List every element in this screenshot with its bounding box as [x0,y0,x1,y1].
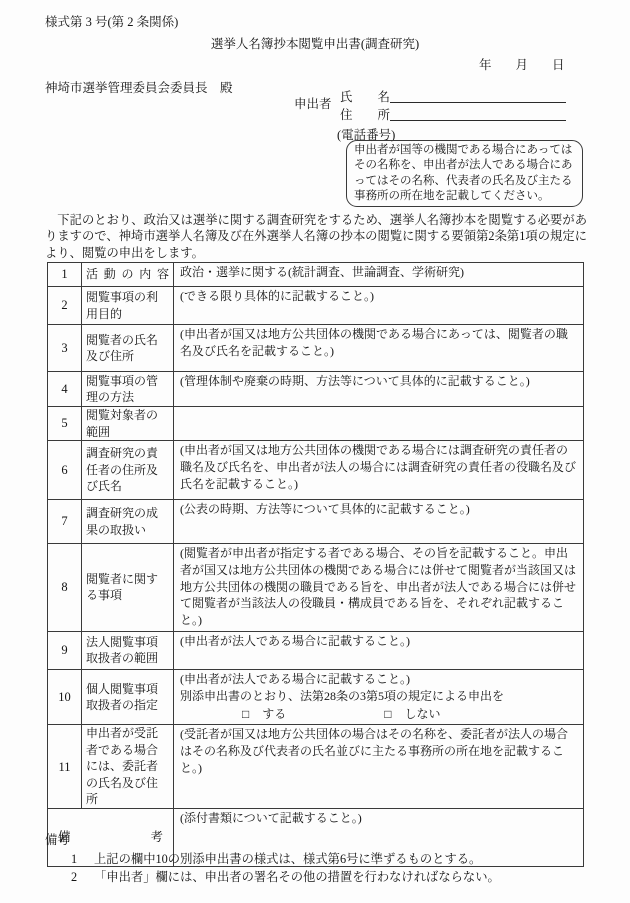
checkbox-suru-label: する [262,706,286,723]
form-number: 様式第 3 号(第 2 条関係) [45,14,178,30]
row-label: 調査研究の責任者の住所及び氏名 [82,441,174,500]
row-number: 5 [48,407,82,441]
row-content: (申出者が法人である場合に記載すること。) 別添申出書のとおり、法第28条の3第… [174,669,584,724]
row-content: (申出者が国又は地方公共団体の機関である場合には調査研究の責任者の職名及び氏名を… [174,441,584,500]
row-label: 調査研究の成果の取扱い [82,500,174,544]
row-content: (管理体制や廃棄の時期、方法等について具体的に記載すること。) [174,372,584,407]
row-content-note: (申出者が法人である場合に記載すること。) [180,671,577,688]
row-label: 閲覧者に関する事項 [82,544,174,632]
row-content: (閲覧者が申出者が指定する者である場合、その旨を記載すること。申出者が国又は地方… [174,544,584,632]
footnotes: 備考 1 上記の欄中10の別添申出書の様式は、様式第6号に準ずるものとする。 2… [45,833,585,885]
table-row: 11 申出者が受託者である場合には、委託者の氏名及び住所 (受託者が国又は地方公… [48,725,584,809]
row-content: (できる限り具体的に記載すること。) [174,287,584,325]
row-number: 8 [48,544,82,632]
row-label: 活動の内容 [82,263,174,287]
address-input-line[interactable] [390,120,566,121]
row-number: 11 [48,725,82,809]
row-number: 10 [48,669,82,724]
table-row: 9 法人閲覧事項取扱者の範囲 (申出者が法人である場合に記載すること。) [48,631,584,669]
row-number: 2 [48,287,82,325]
checkbox-shinai[interactable]: □ しない [384,706,440,723]
footnote-item: 1 上記の欄中10の別添申出書の様式は、様式第6号に準ずるものとする。 [45,852,585,867]
checkbox-line: □ する □ しない [180,706,577,723]
checkbox-shinai-label: しない [405,706,441,723]
table-row: 8 閲覧者に関する事項 (閲覧者が申出者が指定する者である場合、その旨を記載する… [48,544,584,632]
preamble-paragraph: 下記のとおり、政治又は選挙に関する調査研究をするため、選挙人名簿抄本を閲覧する必… [45,212,587,261]
row-content: (公表の時期、方法等について具体的に記載すること。) [174,500,584,544]
table-row: 7 調査研究の成果の取扱い (公表の時期、方法等について具体的に記載すること。) [48,500,584,544]
footnotes-heading: 備考 [45,833,585,849]
row-content: 政治・選挙に関する(統計調査、世論調査、学術研究) [174,263,584,287]
applicant-label: 申出者 [294,96,332,112]
table-row: 1 活動の内容 政治・選挙に関する(統計調査、世論調査、学術研究) [48,263,584,287]
date-line: 年 月 日 [479,57,565,73]
row-number: 7 [48,500,82,544]
address-field: 住 所 [340,105,566,123]
row-content: (申出者が法人である場合に記載すること。) [174,631,584,669]
checkbox-suru[interactable]: □ する [242,706,286,723]
footnote-number: 1 [71,852,85,867]
name-field: 氏 名 [340,87,566,105]
row-label: 閲覧事項の利用目的 [82,287,174,325]
applicant-note-box: 申出者が国等の機関である場合にあってはその名称を、申出者が法人である場合にあって… [346,140,583,207]
table-row: 2 閲覧事項の利用目的 (できる限り具体的に記載すること。) [48,287,584,325]
row-content: (申出者が国又は地方公共団体の機関である場合にあっては、閲覧者の職名及び氏名を記… [174,325,584,372]
date-month-label: 月 [516,57,529,73]
checkbox-icon[interactable]: □ [242,706,249,723]
row-content: (受託者が国又は地方公共団体の場合はその名称を、委託者が法人の場合はその名称及び… [174,725,584,809]
row-label: 閲覧事項の管理の方法 [82,372,174,407]
footnote-number: 2 [71,870,85,885]
footnote-text: 上記の欄中10の別添申出書の様式は、様式第6号に準ずるものとする。 [94,852,481,867]
row-content[interactable] [174,407,584,441]
checkbox-icon[interactable]: □ [384,706,391,723]
page-title: 選挙人名簿抄本閲覧申出書(調査研究) [0,36,630,52]
row-number: 4 [48,372,82,407]
applicant-fields: 氏 名 住 所 [340,87,566,123]
footnote-item: 2 「申出者」欄には、申出者の署名その他の措置を行わなければならない。 [45,870,585,885]
application-form-page: 様式第 3 号(第 2 条関係) 選挙人名簿抄本閲覧申出書(調査研究) 年 月 … [0,0,630,903]
row-label: 閲覧対象者の範囲 [82,407,174,441]
row-label: 閲覧者の氏名及び住所 [82,325,174,372]
date-year-label: 年 [479,57,492,73]
row-number: 1 [48,263,82,287]
name-field-label: 氏 名 [340,89,390,105]
row-label: 申出者が受託者である場合には、委託者の氏名及び住所 [82,725,174,809]
row-number: 9 [48,631,82,669]
table-row: 3 閲覧者の氏名及び住所 (申出者が国又は地方公共団体の機関である場合にあっては… [48,325,584,372]
row-number: 6 [48,441,82,500]
table-row: 5 閲覧対象者の範囲 [48,407,584,441]
application-table: 1 活動の内容 政治・選挙に関する(統計調査、世論調査、学術研究) 2 閲覧事項… [47,262,584,867]
name-input-line[interactable] [390,102,566,103]
row-label: 個人閲覧事項取扱者の指定 [82,669,174,724]
address-field-label: 住 所 [340,107,390,123]
table-row: 10 個人閲覧事項取扱者の指定 (申出者が法人である場合に記載すること。) 別添… [48,669,584,724]
addressee: 神埼市選挙管理委員会委員長 殿 [45,80,233,96]
row-content-statement: 別添申出書のとおり、法第28条の3第5項の規定による申出を [180,688,577,705]
date-day-label: 日 [552,57,565,73]
table-row: 4 閲覧事項の管理の方法 (管理体制や廃棄の時期、方法等について具体的に記載する… [48,372,584,407]
footnote-text: 「申出者」欄には、申出者の署名その他の措置を行わなければならない。 [94,870,500,885]
table-row: 6 調査研究の責任者の住所及び氏名 (申出者が国又は地方公共団体の機関である場合… [48,441,584,500]
row-label: 法人閲覧事項取扱者の範囲 [82,631,174,669]
row-number: 3 [48,325,82,372]
